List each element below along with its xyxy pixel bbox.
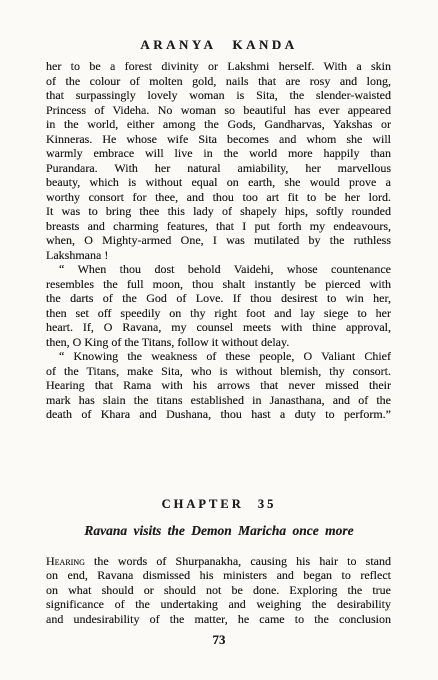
body-paragraph-2: “ When thou dost behold Vaidehi, whose c… <box>46 262 391 349</box>
text-line: breasts and charming features, that I pu… <box>46 219 391 234</box>
text-line: the darts of the God of Love. If thou de… <box>46 291 391 306</box>
text-line: that surpassingly lovely woman is Sita, … <box>46 88 391 103</box>
page-number: 73 <box>0 632 438 648</box>
chapter-subtitle: Ravana visits the Demon Maricha once mor… <box>0 523 438 539</box>
text-line: of the colour of molten gold, nails that… <box>46 74 391 89</box>
page-body: her to be a forest divinity or Lakshmi h… <box>46 59 391 422</box>
text-line: Purandara. With her natural amiability, … <box>46 161 391 176</box>
text-line: Hearing that Rama with his arrows that n… <box>46 378 391 393</box>
body-paragraph-3: “ Knowing the weakness of these people, … <box>46 349 391 422</box>
text-line: death of Khara and Dushana, thou hast a … <box>46 407 391 422</box>
text-line: in the world, either among the Gods, Gan… <box>46 117 391 132</box>
text-line: then, O King of the Titans, follow it wi… <box>46 335 391 350</box>
text-line: Princess of Videha. No woman so beautifu… <box>46 103 391 118</box>
text-line: mark has slain the titans established in… <box>46 393 391 408</box>
chapter-body: Hearing the words of Shurpanakha, causin… <box>46 554 391 627</box>
running-header: ARANYA KANDA <box>0 37 438 53</box>
text-line: heart. If, O Ravana, my counsel meets wi… <box>46 320 391 335</box>
text-line: worthy consort for thee, and thou too ar… <box>46 190 391 205</box>
text-line: then set off speedily on thy right foot … <box>46 306 391 321</box>
text-line: significance of the undertaking and weig… <box>46 597 391 612</box>
book-page: ARANYA KANDA her to be a forest divinity… <box>0 0 438 680</box>
text-line: on what should or should not be done. Ex… <box>46 583 391 598</box>
chapter-heading: CHAPTER 35 <box>0 497 438 512</box>
text-line: Lakshmana ! <box>46 248 391 263</box>
text-line: “ When thou dost behold Vaidehi, whose c… <box>46 262 391 277</box>
smallcaps-lead-word: Hearing <box>46 554 85 568</box>
text-line: on end, Ravana dismissed his ministers a… <box>46 568 391 583</box>
text-line: warmly embrace will live in the world mo… <box>46 146 391 161</box>
text-line: her to be a forest divinity or Lakshmi h… <box>46 59 391 74</box>
chapter-paragraph: Hearing the words of Shurpanakha, causin… <box>46 554 391 627</box>
text-line: and undesirability of the matter, he cam… <box>46 612 391 627</box>
text-line: of the Titans, make Sita, who is without… <box>46 364 391 379</box>
text-line: resembles the full moon, thou shalt inst… <box>46 277 391 292</box>
body-paragraph-1: her to be a forest divinity or Lakshmi h… <box>46 59 391 262</box>
text-line: beauty, which is without equal on earth,… <box>46 175 391 190</box>
text-line: “ Knowing the weakness of these people, … <box>46 349 391 364</box>
text-line: Kinneras. He whose wife Sita becomes and… <box>46 132 391 147</box>
text-line: when, O Mighty-armed One, I was mutilate… <box>46 233 391 248</box>
text-line: It was to bring thee this lady of shapel… <box>46 204 391 219</box>
text-line: Hearing the words of Shurpanakha, causin… <box>46 554 391 569</box>
